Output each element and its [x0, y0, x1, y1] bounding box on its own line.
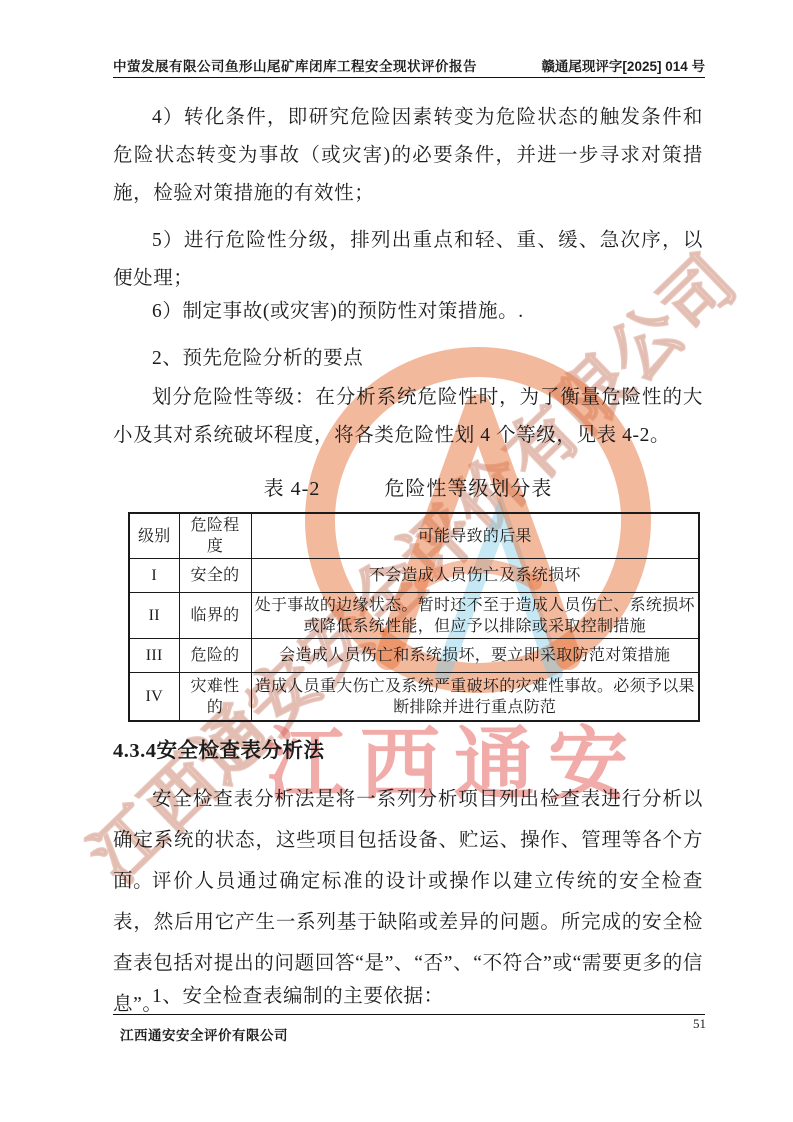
- table-row: IV 灾难性的 造成人员重大伤亡及系统严重破坏的灾难性事故。必须予以果断排除并进…: [129, 673, 699, 722]
- cell-degree: 安全的: [179, 559, 251, 593]
- paragraph-risk-levels-intro: 划分危险性等级：在分析系统危险性时，为了衡量危险性的大小及其对系统破坏程度，将各…: [113, 379, 703, 455]
- cell-degree: 临界的: [179, 593, 251, 639]
- cell-degree: 危险的: [179, 639, 251, 673]
- cell-consequence: 会造成人员伤亡和系统损坏，要立即采取防范对策措施: [251, 639, 699, 673]
- paragraph-pha-key-points: 2、预先危险分析的要点: [113, 340, 703, 378]
- table-caption-label: 表 4-2: [264, 478, 321, 500]
- column-header-degree: 危险程度: [179, 513, 251, 559]
- risk-level-table: 级别 危险程度 可能导致的后果 I 安全的 不会造成人员伤亡及系统损坏 II 临…: [128, 512, 700, 722]
- paragraph-preventive-measures: 6）制定事故(或灾害)的预防性对策措施。.: [113, 293, 703, 331]
- cell-level: IV: [129, 673, 179, 722]
- paragraph-risk-grading: 5）进行危险性分级，排列出重点和轻、重、缓、急次序，以便处理；: [113, 222, 703, 298]
- table-caption: 表 4-2 危险性等级划分表: [113, 472, 703, 501]
- column-header-consequence: 可能导致的后果: [251, 513, 699, 559]
- table-row: I 安全的 不会造成人员伤亡及系统损坏: [129, 559, 699, 593]
- table-row: II 临界的 处于事故的边缘状态。暂时还不至于造成人员伤亡、系统损坏或降低系统性…: [129, 593, 699, 639]
- cell-degree: 灾难性的: [179, 673, 251, 722]
- cell-level: III: [129, 639, 179, 673]
- table-row: III 危险的 会造成人员伤亡和系统损坏，要立即采取防范对策措施: [129, 639, 699, 673]
- table-header-row: 级别 危险程度 可能导致的后果: [129, 513, 699, 559]
- cell-level: II: [129, 593, 179, 639]
- cell-level: I: [129, 559, 179, 593]
- footer-company-name: 江西通安安全评价有限公司: [120, 1024, 288, 1044]
- cell-consequence: 不会造成人员伤亡及系统损坏: [251, 559, 699, 593]
- section-heading-4-3-4: 4.3.4安全检查表分析法: [113, 733, 325, 763]
- cell-consequence: 处于事故的边缘状态。暂时还不至于造成人员伤亡、系统损坏或降低系统性能，但应予以排…: [251, 593, 699, 639]
- page-content: 中萤发展有限公司鱼形山尾矿库闭库工程安全现状评价报告 赣通尾现评字[2025] …: [0, 0, 793, 1122]
- table-caption-title: 危险性等级划分表: [384, 478, 552, 500]
- paragraph-transform-conditions: 4）转化条件，即研究危险因素转变为危险状态的触发条件和危险状态转变为事故（或灾害…: [113, 99, 703, 213]
- cell-consequence: 造成人员重大伤亡及系统严重破坏的灾难性事故。必须予以果断排除并进行重点防范: [251, 673, 699, 722]
- footer-rule: [113, 1014, 705, 1015]
- paragraph-checklist-basis: 1、安全检查表编制的主要依据：: [113, 982, 703, 1012]
- document-page: 江西通安安全评价有限公司 江西通安 中萤发展有限公司鱼形山尾矿库闭库工程安全现状…: [0, 0, 793, 1122]
- page-number: 51: [672, 1016, 706, 1032]
- column-header-level: 级别: [129, 513, 179, 559]
- header-rule: [113, 77, 705, 78]
- header-doc-number: 赣通尾现评字[2025] 014 号: [445, 55, 705, 75]
